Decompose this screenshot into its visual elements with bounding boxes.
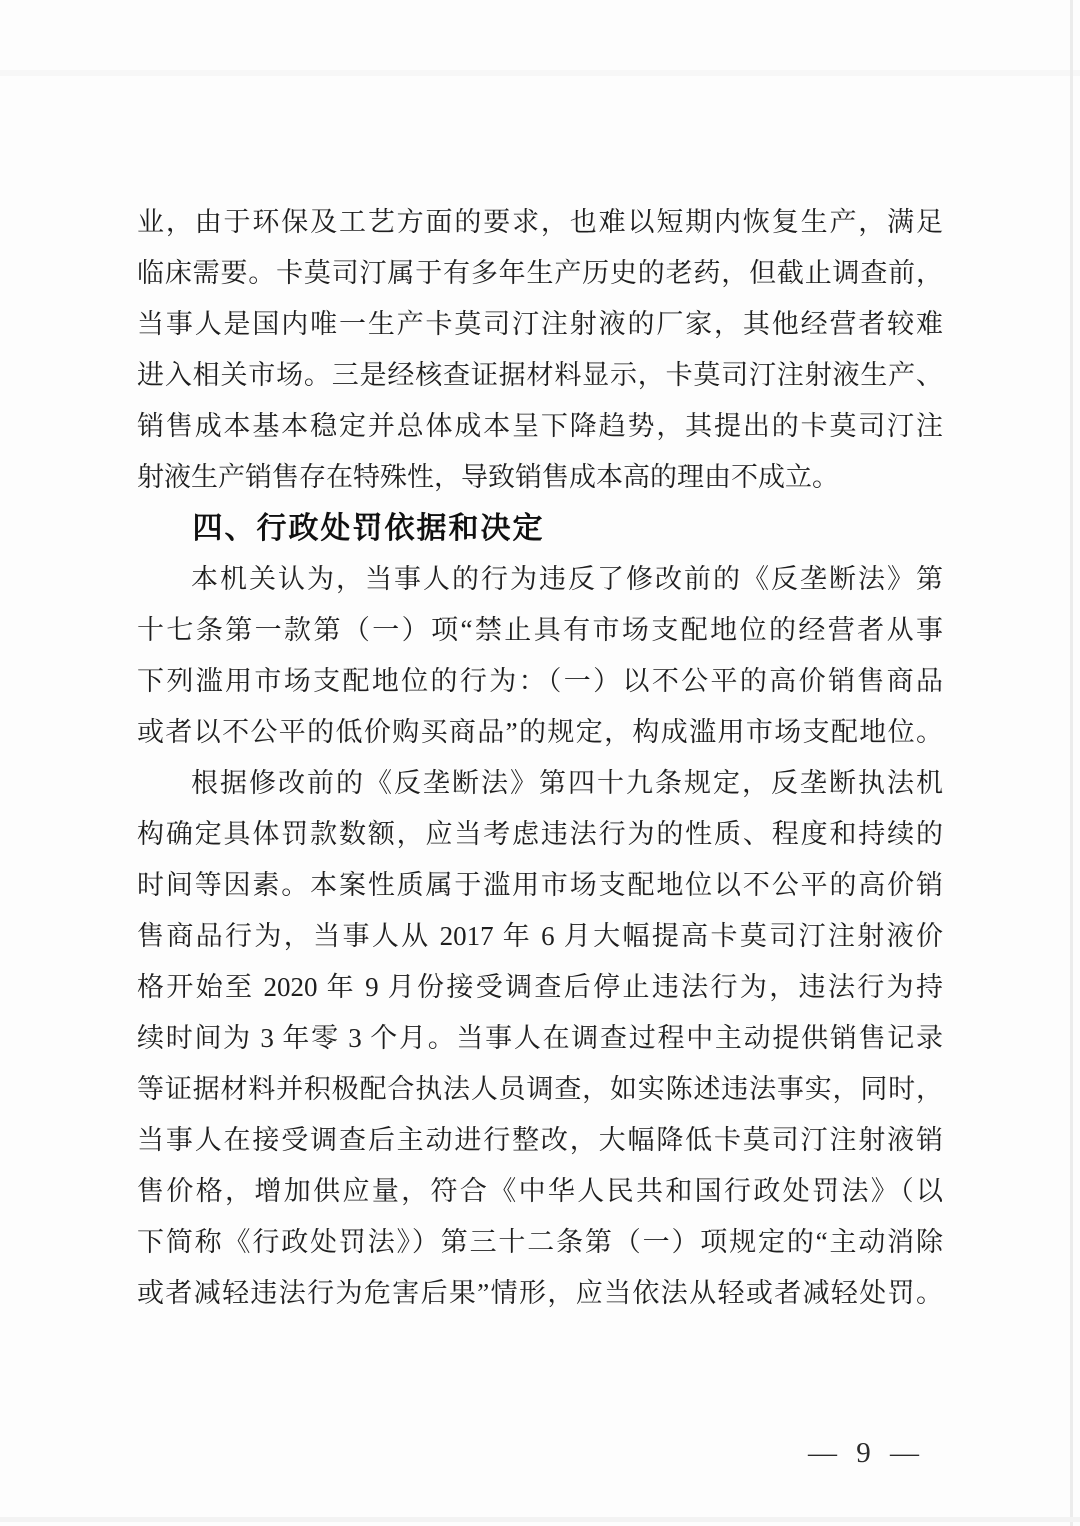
text-line: 根据修改前的《反垄断法》第四十九条规定，反垄断执法机	[137, 758, 943, 809]
text-line: 等证据材料并积极配合执法人员调查，如实陈述违法事实，同时，	[137, 1064, 943, 1115]
scanned-document-page: 业，由于环保及工艺方面的要求，也难以短期内恢复生产，满足临床需要。卡莫司汀属于有…	[0, 0, 1080, 1526]
text-line: 本机关认为，当事人的行为违反了修改前的《反垄断法》第	[137, 554, 943, 605]
text-line: 当事人在接受调查后主动进行整改，大幅降低卡莫司汀注射液销	[137, 1115, 943, 1166]
text-line: 临床需要。卡莫司汀属于有多年生产历史的老药，但截止调查前，	[137, 248, 943, 299]
text-line: 进入相关市场。三是经核查证据材料显示，卡莫司汀注射液生产、	[137, 350, 943, 401]
scan-artifact-edge-right	[1070, 0, 1073, 1526]
text-line: 射液生产销售存在特殊性，导致销售成本高的理由不成立。	[137, 452, 943, 503]
text-line: 售价格，增加供应量，符合《中华人民共和国行政处罚法》（以	[137, 1166, 943, 1217]
text-line: 续时间为 3 年零 3 个月。当事人在调查过程中主动提供销售记录	[137, 1013, 943, 1064]
section-heading: 四、行政处罚依据和决定	[137, 503, 943, 554]
text-line: 或者减轻违法行为危害后果”情形，应当依法从轻或者减轻处罚。	[137, 1268, 943, 1319]
text-line: 构确定具体罚款数额，应当考虑违法行为的性质、程度和持续的	[137, 809, 943, 860]
text-line: 格开始至 2020 年 9 月份接受调查后停止违法行为，违法行为持	[137, 962, 943, 1013]
text-line: 下简称《行政处罚法》）第三十二条第（一）项规定的“主动消除	[137, 1217, 943, 1268]
document-body: 业，由于环保及工艺方面的要求，也难以短期内恢复生产，满足临床需要。卡莫司汀属于有…	[137, 197, 943, 1319]
text-line: 售商品行为，当事人从 2017 年 6 月大幅提高卡莫司汀注射液价	[137, 911, 943, 962]
text-line: 当事人是国内唯一生产卡莫司汀注射液的厂家，其他经营者较难	[137, 299, 943, 350]
page-number: — 9 —	[808, 1437, 925, 1470]
text-line: 销售成本基本稳定并总体成本呈下降趋势，其提出的卡莫司汀注	[137, 401, 943, 452]
scan-artifact-band-top	[0, 70, 1080, 76]
text-line: 或者以不公平的低价购买商品”的规定，构成滥用市场支配地位。	[137, 707, 943, 758]
text-line: 时间等因素。本案性质属于滥用市场支配地位以不公平的高价销	[137, 860, 943, 911]
text-line: 下列滥用市场支配地位的行为：（一）以不公平的高价销售商品	[137, 656, 943, 707]
text-line: 十七条第一款第（一）项“禁止具有市场支配地位的经营者从事	[137, 605, 943, 656]
text-line: 业，由于环保及工艺方面的要求，也难以短期内恢复生产，满足	[137, 197, 943, 248]
scan-artifact-band-bottom	[0, 1517, 1080, 1522]
